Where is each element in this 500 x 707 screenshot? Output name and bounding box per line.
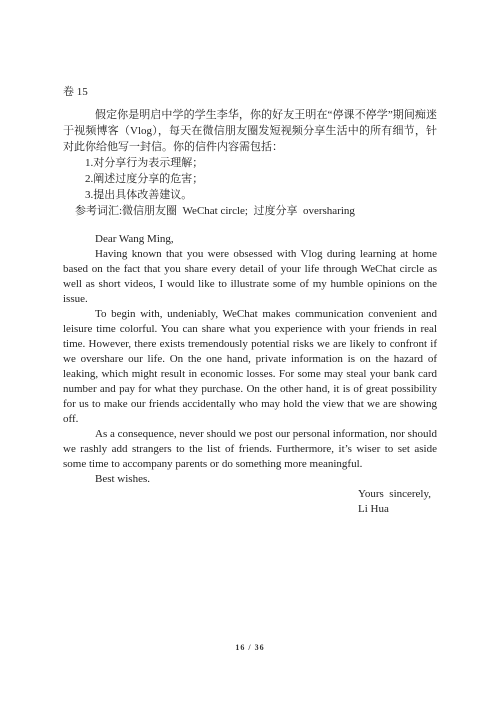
prompt-points-list: 1.对分享行为表示理解； 2.阐述过度分享的危害； 3.提出具体改善建议。 — [63, 155, 437, 203]
letter-paragraph-2: To begin with, undeniably, WeChat makes … — [63, 307, 437, 427]
volume-heading: 卷 15 — [63, 85, 437, 100]
reference-vocab-line: 参考词汇:微信朋友圈 WeChat circle; 过度分享 overshari… — [75, 203, 437, 219]
letter-closing: Yours sincerely, — [358, 487, 437, 502]
prompt-intro: 假定你是明启中学的学生李华，你的好友王明在“停课不停学”期间痴迷于视频博客（Vl… — [63, 107, 437, 155]
prompt-section: 假定你是明启中学的学生李华，你的好友王明在“停课不停学”期间痴迷于视频博客（Vl… — [63, 107, 437, 219]
letter-paragraph-3: As a consequence, never should we post o… — [63, 427, 437, 472]
letter-closing-block: Yours sincerely, Li Hua — [358, 487, 437, 517]
letter-best-wishes: Best wishes. — [63, 472, 437, 487]
prompt-point-3: 3.提出具体改善建议。 — [85, 187, 437, 203]
letter-signature: Li Hua — [358, 502, 437, 517]
document-page: 卷 15 假定你是明启中学的学生李华，你的好友王明在“停课不停学”期间痴迷于视频… — [63, 85, 437, 517]
prompt-point-2: 2.阐述过度分享的危害； — [85, 171, 437, 187]
model-letter: Dear Wang Ming, Having known that you we… — [63, 232, 437, 517]
letter-paragraph-1: Having known that you were obsessed with… — [63, 247, 437, 307]
page-number-indicator: 16 / 36 — [0, 643, 500, 652]
prompt-point-1: 1.对分享行为表示理解； — [85, 155, 437, 171]
letter-salutation: Dear Wang Ming, — [63, 232, 437, 247]
